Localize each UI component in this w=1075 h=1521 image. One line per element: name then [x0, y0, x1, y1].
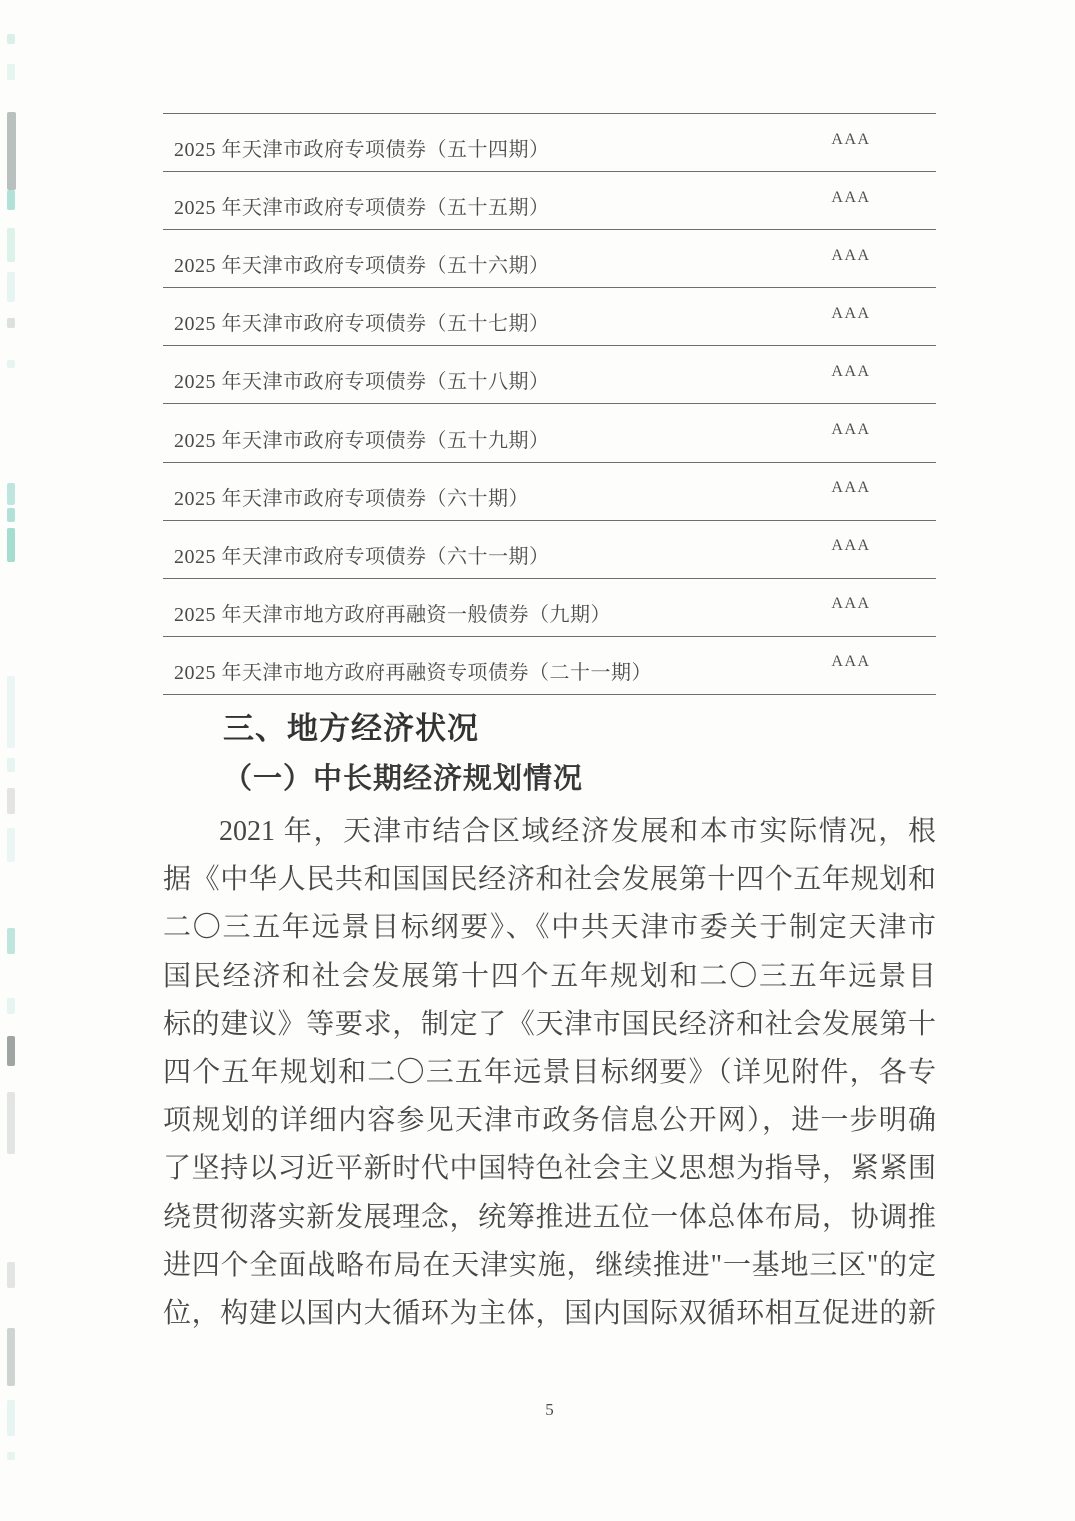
bond-name: 2025 年天津市政府专项债券（六十期） [163, 482, 766, 520]
bond-name: 2025 年天津市政府专项债券（六十一期） [163, 540, 766, 578]
page-number: 5 [163, 1400, 936, 1420]
scan-artifact [7, 676, 15, 748]
rating-value: AAA [766, 421, 936, 445]
table-row: 2025 年天津市政府专项债券（五十四期） AAA [163, 114, 936, 172]
table-row: 2025 年天津市政府专项债券（五十五期） AAA [163, 172, 936, 230]
rating-value: AAA [766, 537, 936, 561]
document-page: 2025 年天津市政府专项债券（五十四期） AAA 2025 年天津市政府专项债… [0, 0, 1075, 1521]
scan-artifact [7, 1328, 15, 1386]
scan-artifact [7, 1036, 15, 1066]
paragraph-line: 绕贯彻落实新发展理念，统筹推进五位一体总体布局，协调推 [163, 1194, 936, 1242]
rating-value: AAA [766, 479, 936, 503]
paragraph-line: 二〇三五年远景目标纲要》、《中共天津市委关于制定天津市 [163, 904, 936, 952]
table-row: 2025 年天津市政府专项债券（五十九期） AAA [163, 404, 936, 462]
table-row: 2025 年天津市地方政府再融资专项债券（二十一期） AAA [163, 637, 936, 695]
section-heading: 三、地方经济状况 [223, 711, 936, 747]
table-row: 2025 年天津市政府专项债券（五十六期） AAA [163, 230, 936, 288]
scan-artifact [7, 272, 15, 302]
rating-value: AAA [766, 305, 936, 329]
bond-name: 2025 年天津市政府专项债券（五十四期） [163, 133, 766, 171]
bond-name: 2025 年天津市政府专项债券（五十六期） [163, 249, 766, 287]
scan-artifact [7, 228, 15, 262]
table-row: 2025 年天津市政府专项债券（六十期） AAA [163, 463, 936, 521]
body-paragraph: 2021 年，天津市结合区域经济发展和本市实际情况，根 据《中华人民共和国国民经… [163, 808, 936, 1338]
scan-artifact [7, 828, 15, 862]
bond-name: 2025 年天津市政府专项债券（五十八期） [163, 365, 766, 403]
scan-artifact [7, 508, 15, 522]
scan-artifact [7, 190, 15, 210]
scan-artifact [7, 318, 15, 328]
scan-artifact [7, 1452, 15, 1460]
table-row: 2025 年天津市政府专项债券（五十七期） AAA [163, 288, 936, 346]
paragraph-line: 标的建议》等要求，制定了《天津市国民经济和社会发展第十 [163, 1001, 936, 1049]
paragraph-line: 位，构建以国内大循环为主体，国内国际双循环相互促进的新 [163, 1290, 936, 1338]
rating-value: AAA [766, 363, 936, 387]
scan-artifact [7, 483, 15, 505]
scan-artifact [7, 64, 15, 80]
paragraph-line: 国民经济和社会发展第十四个五年规划和二〇三五年远景目 [163, 953, 936, 1001]
bond-name: 2025 年天津市政府专项债券（五十七期） [163, 307, 766, 345]
scan-artifact [7, 1400, 15, 1436]
scan-artifact [7, 34, 15, 44]
table-row: 2025 年天津市政府专项债券（六十一期） AAA [163, 521, 936, 579]
bond-name: 2025 年天津市地方政府再融资一般债券（九期） [163, 598, 766, 636]
scan-artifact [7, 360, 15, 368]
scan-artifact [7, 1092, 15, 1154]
paragraph-line: 项规划的详细内容参见天津市政务信息公开网），进一步明确 [163, 1097, 936, 1145]
scan-artifact [7, 758, 15, 772]
paragraph-line: 四个五年规划和二〇三五年远景目标纲要》（详见附件，各专 [163, 1049, 936, 1097]
subsection-heading: （一）中长期经济规划情况 [223, 761, 936, 797]
scan-artifact [7, 788, 15, 814]
rating-value: AAA [766, 189, 936, 213]
bond-name: 2025 年天津市政府专项债券（五十九期） [163, 424, 766, 462]
scan-artifact [7, 112, 16, 190]
rating-value: AAA [766, 595, 936, 619]
scan-artifact [7, 1262, 15, 1288]
table-row: 2025 年天津市政府专项债券（五十八期） AAA [163, 346, 936, 404]
scan-artifact [7, 528, 15, 562]
page-content: 2025 年天津市政府专项债券（五十四期） AAA 2025 年天津市政府专项债… [163, 0, 936, 1420]
bond-name: 2025 年天津市地方政府再融资专项债券（二十一期） [163, 656, 766, 694]
rating-value: AAA [766, 131, 936, 155]
paragraph-line: 进四个全面战略布局在天津实施，继续推进"一基地三区"的定 [163, 1242, 936, 1290]
rating-value: AAA [766, 653, 936, 677]
paragraph-line: 2021 年，天津市结合区域经济发展和本市实际情况，根 [163, 808, 936, 856]
scan-artifact [7, 998, 15, 1014]
rating-value: AAA [766, 247, 936, 271]
paragraph-line: 据《中华人民共和国国民经济和社会发展第十四个五年规划和 [163, 856, 936, 904]
scan-artifact [7, 928, 15, 954]
bond-ratings-table: 2025 年天津市政府专项债券（五十四期） AAA 2025 年天津市政府专项债… [163, 113, 936, 695]
paragraph-line: 了坚持以习近平新时代中国特色社会主义思想为指导，紧紧围 [163, 1145, 936, 1193]
table-row: 2025 年天津市地方政府再融资一般债券（九期） AAA [163, 579, 936, 637]
bond-name: 2025 年天津市政府专项债券（五十五期） [163, 191, 766, 229]
